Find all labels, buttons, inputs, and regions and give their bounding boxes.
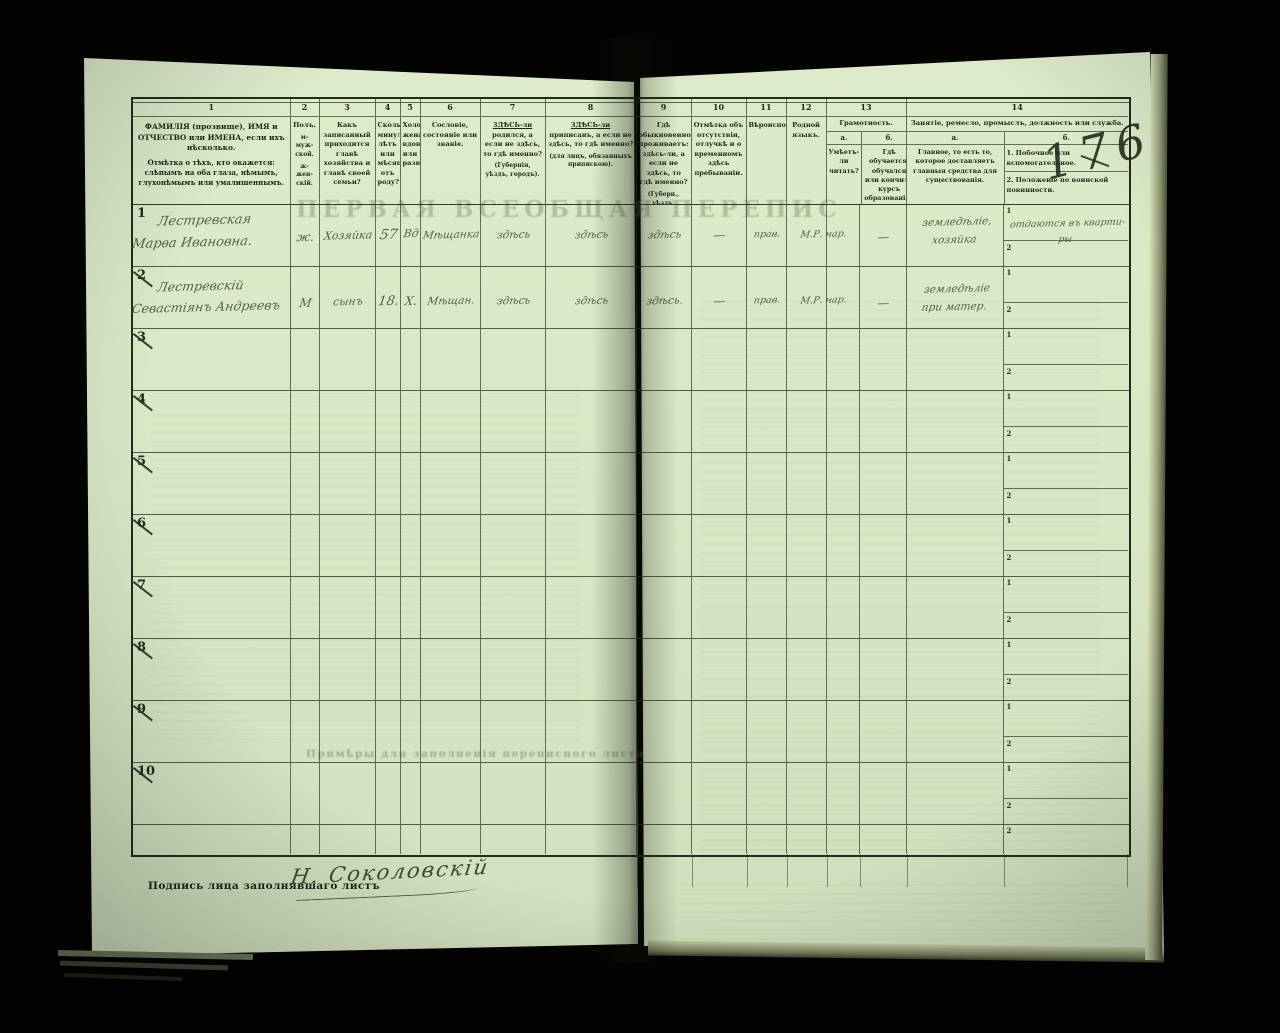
grid-cell (421, 391, 481, 452)
side-occupation-divider (1004, 612, 1129, 613)
grid-cell (692, 515, 747, 576)
grid-cell (291, 391, 320, 452)
side-occupation-sub2-label: 2 (1007, 429, 1012, 438)
grid-cell (401, 577, 421, 638)
table-header: 1 2 3 4 5 6 7 8 9 10 11 12 13 14 ФАМИЛІЯ… (133, 99, 1129, 205)
grid-cell (546, 391, 637, 452)
grid-cell (747, 391, 787, 452)
grid-cell (376, 205, 401, 266)
grid-cell (692, 701, 747, 762)
grid-cell (376, 391, 401, 452)
header-names: ФАМИЛІЯ (прозвище), ИМЯ и ОТЧЕСТВО или И… (133, 117, 291, 204)
grid-cell (546, 577, 637, 638)
gridline-tail (860, 854, 861, 887)
grid-cell (320, 391, 376, 452)
grid-cell (401, 639, 421, 700)
grid-cell: 5 (133, 453, 291, 514)
grid-cell (546, 763, 637, 824)
grid-cell (421, 639, 481, 700)
grid-cell: 2 (1004, 825, 1129, 854)
row-number: 1 (137, 206, 146, 221)
col-number: 13 (827, 99, 907, 117)
census-table: 1 2 3 4 5 6 7 8 9 10 11 12 13 14 ФАМИЛІЯ… (131, 97, 1131, 857)
grid-cell (421, 577, 481, 638)
grid-cell (827, 763, 860, 824)
grid-cell (747, 639, 787, 700)
header-names-main: ФАМИЛІЯ (прозвище), ИМЯ и ОТЧЕСТВО или И… (138, 122, 285, 152)
page-edge (60, 961, 228, 971)
header-birthplace-main: родился, а если не здѣсь, то гдѣ именно? (483, 131, 542, 158)
table-row: 112 (133, 205, 1129, 267)
grid-cell (546, 825, 637, 854)
grid-cell (637, 329, 692, 390)
grid-cell (320, 701, 376, 762)
side-occupation-sub1-label: 1 (1007, 516, 1012, 525)
grid-cell (376, 701, 401, 762)
grid-cell (401, 391, 421, 452)
grid-cell (637, 453, 692, 514)
header-residence-note: (Губерн., уѣздъ, городъ). (639, 191, 689, 204)
grid-cell (401, 205, 421, 266)
table-row: 912 (133, 701, 1129, 763)
grid-cell (747, 825, 787, 854)
grid-cell (907, 763, 1004, 824)
grid-cell (860, 515, 907, 576)
col-number: 10 (692, 99, 747, 117)
gridline-tail (787, 854, 788, 887)
grid-cell (692, 763, 747, 824)
header-marital: Холостъ, женатъ, вдовъ или разведенъ. (401, 117, 421, 204)
grid-cell (787, 329, 827, 390)
header-residence-main: Гдѣ обыкновенно проживаетъ: здѣсь-ли, а … (639, 121, 691, 186)
side-occupation-sub2-label: 2 (1007, 826, 1012, 835)
table-row: 512 (133, 453, 1129, 515)
grid-cell (481, 205, 546, 266)
grid-cell (637, 639, 692, 700)
grid-cell: 12 (1004, 453, 1129, 514)
grid-cell (787, 267, 827, 328)
grid-cell (637, 577, 692, 638)
header-registration-note: (для лицъ, обязанныхъ припискою). (548, 153, 634, 170)
grid-cell (376, 639, 401, 700)
grid-cell (291, 701, 320, 762)
grid-cell (827, 267, 860, 328)
grid-cell (860, 267, 907, 328)
header-occupation-a: а. Главное, то есть то, которое доставля… (907, 132, 1004, 204)
col-number: 5 (401, 99, 421, 117)
col-number: 4 (376, 99, 401, 117)
grid-cell (787, 825, 827, 854)
gridline-tail (827, 854, 828, 887)
grid-cell (692, 205, 747, 266)
grid-cell (860, 763, 907, 824)
grid-cell (827, 453, 860, 514)
grid-cell: 12 (1004, 205, 1129, 266)
grid-cell (637, 701, 692, 762)
grid-cell: 12 (1004, 763, 1129, 824)
grid-cell: 12 (1004, 701, 1129, 762)
gridline-tail (692, 854, 693, 887)
header-occupation-a-text: Главное, то есть то, которое доставляетъ… (907, 145, 1004, 204)
col-number: 1 (133, 99, 291, 117)
grid-cell (747, 329, 787, 390)
grid-cell (291, 329, 320, 390)
side-occupation-sub2-label: 2 (1007, 243, 1012, 252)
page-edge (64, 973, 182, 981)
table-row: 712 (133, 577, 1129, 639)
grid-cell (320, 267, 376, 328)
side-occupation-sub2-label: 2 (1007, 615, 1012, 624)
grid-cell (907, 453, 1004, 514)
grid-cell (291, 453, 320, 514)
grid-cell (860, 825, 907, 854)
grid-cell (692, 577, 747, 638)
grid-cell (787, 391, 827, 452)
grid-cell (787, 639, 827, 700)
grid-cell (376, 453, 401, 514)
grid-cell: 8 (133, 639, 291, 700)
side-occupation-divider (1004, 364, 1129, 365)
grid-cell (401, 329, 421, 390)
grid-cell (787, 763, 827, 824)
header-residence: Гдѣ обыкновенно проживаетъ: здѣсь-ли, а … (637, 117, 692, 204)
grid-cell (401, 515, 421, 576)
grid-cell (481, 701, 546, 762)
grid-cell (376, 763, 401, 824)
grid-cell (291, 577, 320, 638)
grid-cell (546, 329, 637, 390)
gridline-tail (1127, 854, 1128, 887)
grid-cell (421, 515, 481, 576)
side-occupation-sub1-label: 1 (1007, 268, 1012, 277)
side-occupation-divider (1004, 240, 1129, 241)
grid-cell: 12 (1004, 329, 1129, 390)
grid-cell (860, 639, 907, 700)
header-birthplace-word: ЗДѢСЬ-ли (493, 121, 532, 129)
grid-cell (692, 825, 747, 854)
grid-cell (747, 515, 787, 576)
grid-cell (907, 825, 1004, 854)
side-occupation-divider (1004, 736, 1129, 737)
grid-cell (401, 763, 421, 824)
side-occupation-divider (1004, 426, 1129, 427)
side-occupation-divider (1004, 488, 1129, 489)
header-sex: Полъ. м-муж-ской. ж-жен-скій. (291, 117, 320, 204)
col-number: 3 (320, 99, 376, 117)
census-book-photo: ПЕРВАЯ ВСЕОБЩАЯ ПЕРЕПИС Примѣры для запо… (0, 0, 1280, 1033)
grid-cell: 6 (133, 515, 291, 576)
grid-cell (907, 267, 1004, 328)
grid-cell (787, 453, 827, 514)
col-number: 12 (787, 99, 827, 117)
side-occupation-divider (1004, 302, 1129, 303)
table-row: 612 (133, 515, 1129, 577)
grid-cell (827, 701, 860, 762)
grid-cell (747, 763, 787, 824)
grid-cell (421, 205, 481, 266)
header-birthplace-note: (Губернія, уѣздъ, городъ). (483, 162, 543, 179)
col-number: 9 (637, 99, 692, 117)
grid-cell (860, 205, 907, 266)
grid-cell (401, 701, 421, 762)
col-number: 14 (907, 99, 1129, 117)
header-sex-title: Полъ. (293, 121, 316, 129)
col-number: 11 (747, 99, 787, 117)
grid-cell (401, 453, 421, 514)
grid-cell (546, 205, 637, 266)
grid-cell (401, 825, 421, 854)
side-occupation-sub2-label: 2 (1007, 367, 1012, 376)
table-row: 412 (133, 391, 1129, 453)
grid-cell (320, 825, 376, 854)
header-literacy-b: б. Гдѣ обучается, обучался или кончилъ к… (861, 132, 906, 204)
gridline-tail (907, 854, 908, 887)
grid-cell (421, 763, 481, 824)
grid-cell (692, 453, 747, 514)
grid-cell: 12 (1004, 577, 1129, 638)
header-registration-main: приписанъ, а если не здѣсь, то гдѣ именн… (548, 131, 633, 149)
side-occupation-divider (1004, 798, 1129, 799)
grid-cell (481, 267, 546, 328)
header-language: Родной языкъ. (787, 117, 827, 204)
grid-cell (401, 267, 421, 328)
side-occupation-sub1-label: 1 (1007, 330, 1012, 339)
grid-cell (546, 515, 637, 576)
side-occupation-divider (1004, 550, 1129, 551)
side-occupation-sub1-label: 1 (1007, 392, 1012, 401)
header-literacy-a: а. Умѣетъ-ли читать? (827, 132, 862, 204)
grid-cell (860, 453, 907, 514)
header-registration: ЗДѢСЬ-ли приписанъ, а если не здѣсь, то … (546, 117, 637, 204)
grid-cell (133, 825, 291, 854)
grid-cell: 9 (133, 701, 291, 762)
grid-cell (421, 701, 481, 762)
grid-cell (827, 825, 860, 854)
side-occupation-sub2-label: 2 (1007, 739, 1012, 748)
grid-cell (320, 763, 376, 824)
grid-cell (827, 639, 860, 700)
side-occupation-sub1-label: 1 (1007, 454, 1012, 463)
grid-cell (481, 639, 546, 700)
grid-cell: 12 (1004, 639, 1129, 700)
grid-cell (637, 763, 692, 824)
grid-cell (546, 267, 637, 328)
side-occupation-sub2-label: 2 (1007, 553, 1012, 562)
header-literacy-a-label: а. (827, 132, 862, 145)
grid-cell (546, 639, 637, 700)
table-row: 2 (133, 825, 1129, 854)
header-sex-male: м-муж-ской. (293, 134, 317, 160)
grid-cell (291, 515, 320, 576)
grid-cell (376, 267, 401, 328)
gridline-tail (747, 854, 748, 887)
grid-cell (291, 205, 320, 266)
grid-cell (291, 267, 320, 328)
grid-cell (907, 391, 1004, 452)
grid-cell (747, 205, 787, 266)
grid-cell (637, 267, 692, 328)
grid-cell (481, 453, 546, 514)
grid-cell (747, 577, 787, 638)
grid-cell (827, 205, 860, 266)
header-names-note: Отмѣтка о тѣхъ, кто окажется: слѣпымъ на… (137, 158, 286, 188)
grid-cell (787, 515, 827, 576)
side-occupation-sub1-label: 1 (1007, 578, 1012, 587)
col-number: 7 (481, 99, 546, 117)
grid-cell (747, 701, 787, 762)
grid-cell (481, 515, 546, 576)
grid-cell (320, 453, 376, 514)
col-number: 6 (421, 99, 481, 117)
grid-cell (860, 577, 907, 638)
grid-cell (376, 825, 401, 854)
grid-cell: 12 (1004, 391, 1129, 452)
grid-cell (421, 453, 481, 514)
grid-cell (827, 515, 860, 576)
grid-cell (787, 577, 827, 638)
grid-cell (376, 577, 401, 638)
grid-cell (747, 267, 787, 328)
table-row: 312 (133, 329, 1129, 391)
grid-cell (907, 329, 1004, 390)
grid-cell (421, 267, 481, 328)
grid-cell (291, 825, 320, 854)
grid-cell (546, 453, 637, 514)
grid-cell: 3 (133, 329, 291, 390)
header-birthplace: ЗДѢСЬ-ли родился, а если не здѣсь, то гд… (481, 117, 546, 204)
grid-cell: 7 (133, 577, 291, 638)
header-religion: Вѣроисповѣданіе. (747, 117, 787, 204)
col-number: 2 (291, 99, 320, 117)
grid-cell (827, 329, 860, 390)
grid-cell (907, 205, 1004, 266)
header-relation: Какъ записанный приходится главѣ хозяйст… (320, 117, 376, 204)
grid-cell (907, 639, 1004, 700)
grid-cell (320, 515, 376, 576)
grid-cell (320, 639, 376, 700)
header-sex-female: ж-жен-скій. (293, 163, 317, 189)
grid-cell (291, 763, 320, 824)
grid-cell (787, 701, 827, 762)
grid-cell (787, 205, 827, 266)
grid-cell: 2 (133, 267, 291, 328)
grid-cell (481, 763, 546, 824)
grid-cell (860, 329, 907, 390)
side-occupation-sub1-label: 1 (1007, 206, 1012, 215)
grid-cell (827, 577, 860, 638)
grid-cell (481, 825, 546, 854)
side-occupation-sub2-label: 2 (1007, 677, 1012, 686)
grid-cell (320, 205, 376, 266)
side-occupation-sub1-label: 1 (1007, 702, 1012, 711)
grid-cell (546, 701, 637, 762)
grid-cell (860, 391, 907, 452)
side-occupation-sub1-label: 1 (1007, 640, 1012, 649)
gridline-tail (637, 854, 638, 887)
grid-cell (692, 639, 747, 700)
grid-cell (320, 577, 376, 638)
grid-cell (827, 391, 860, 452)
header-registration-word: ЗДѢСЬ-ли (571, 121, 610, 129)
grid-cell (291, 639, 320, 700)
header-literacy-b-text: Гдѣ обучается, обучался или кончилъ курс… (862, 145, 906, 204)
grid-cell (907, 701, 1004, 762)
grid-cell (692, 267, 747, 328)
grid-cell (907, 577, 1004, 638)
grid-cell (637, 825, 692, 854)
table-row: 812 (133, 639, 1129, 701)
header-occupation-a-label: а. (907, 132, 1004, 145)
side-occupation-sub2-label: 2 (1007, 491, 1012, 500)
side-occupation-sub2-label: 2 (1007, 801, 1012, 810)
header-absence: Отмѣтка объ отсутствіи, отлучкѣ и о врем… (692, 117, 747, 204)
header-literacy-b-label: б. (862, 132, 906, 145)
grid-cell (481, 391, 546, 452)
side-occupation-divider (1004, 674, 1129, 675)
grid-cell: 10 (133, 763, 291, 824)
grid-cell (421, 329, 481, 390)
grid-cell (376, 515, 401, 576)
header-literacy-a-text: Умѣетъ-ли читать? (827, 145, 862, 204)
grid-cell (320, 329, 376, 390)
side-occupation-sub1-label: 1 (1007, 764, 1012, 773)
col-number: 8 (546, 99, 637, 117)
grid-cell (692, 329, 747, 390)
grid-cell (692, 391, 747, 452)
side-occupation-sub2-label: 2 (1007, 305, 1012, 314)
grid-cell (747, 453, 787, 514)
grid-cell: 1 (133, 205, 291, 266)
grid-cell (637, 391, 692, 452)
grid-cell (637, 205, 692, 266)
gridline-tail (1004, 854, 1005, 887)
grid-cell (637, 515, 692, 576)
grid-cell (907, 515, 1004, 576)
grid-cell (481, 329, 546, 390)
table-row: 1012 (133, 763, 1129, 825)
grid-cell: 4 (133, 391, 291, 452)
table-row: 212 (133, 267, 1129, 329)
grid-cell (376, 329, 401, 390)
header-literacy-title: Грамотность. (827, 117, 906, 132)
header-age: Сколько минуло лѣтъ или мѣсяцевъ отъ род… (376, 117, 401, 204)
table-body: 11221231241251261271281291210122 (133, 205, 1129, 854)
header-estate: Сословіе, состояніе или званіе. (421, 117, 481, 204)
grid-cell (481, 577, 546, 638)
header-literacy: Грамотность. а. Умѣетъ-ли читать? б. Гдѣ… (827, 117, 907, 204)
grid-cell (421, 825, 481, 854)
grid-cell (860, 701, 907, 762)
grid-cell: 12 (1004, 515, 1129, 576)
grid-cell: 12 (1004, 267, 1129, 328)
